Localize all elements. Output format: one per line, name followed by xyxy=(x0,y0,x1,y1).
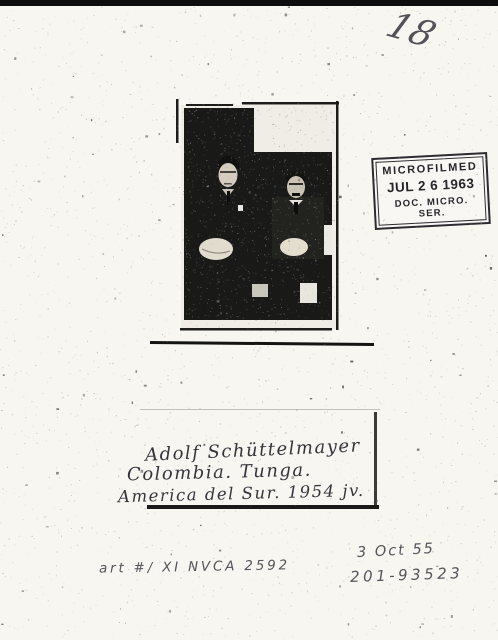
microfilmed-stamp-inner-border: MICROFILMED JUL 2 6 1963 DOC. MICRO. SER… xyxy=(375,156,486,226)
caption-box-border-top xyxy=(140,409,380,410)
pencil-reference-note: art #/ XI NVCA 2592 xyxy=(99,557,290,576)
handwritten-page-number-mark: 18 xyxy=(380,5,442,55)
pencil-date-note: 3 Oct 55 xyxy=(357,541,436,561)
stamp-office: DOC. MICRO. SER. xyxy=(379,194,484,221)
caption-place-line: Colombia. Tunga. xyxy=(127,460,312,486)
scan-edge-artifact xyxy=(0,0,498,6)
caption-box-border-bottom xyxy=(147,505,379,509)
scanned-document-page: 18 xyxy=(0,0,498,640)
stamp-date: JUL 2 6 1963 xyxy=(378,175,483,195)
caption-box-border-right xyxy=(374,412,377,508)
microfilmed-stamp: MICROFILMED JUL 2 6 1963 DOC. MICRO. SER… xyxy=(371,152,491,230)
photograph-two-men xyxy=(172,97,340,335)
separator-line xyxy=(150,341,374,346)
pencil-file-number-note: 201-93523 xyxy=(350,564,464,586)
